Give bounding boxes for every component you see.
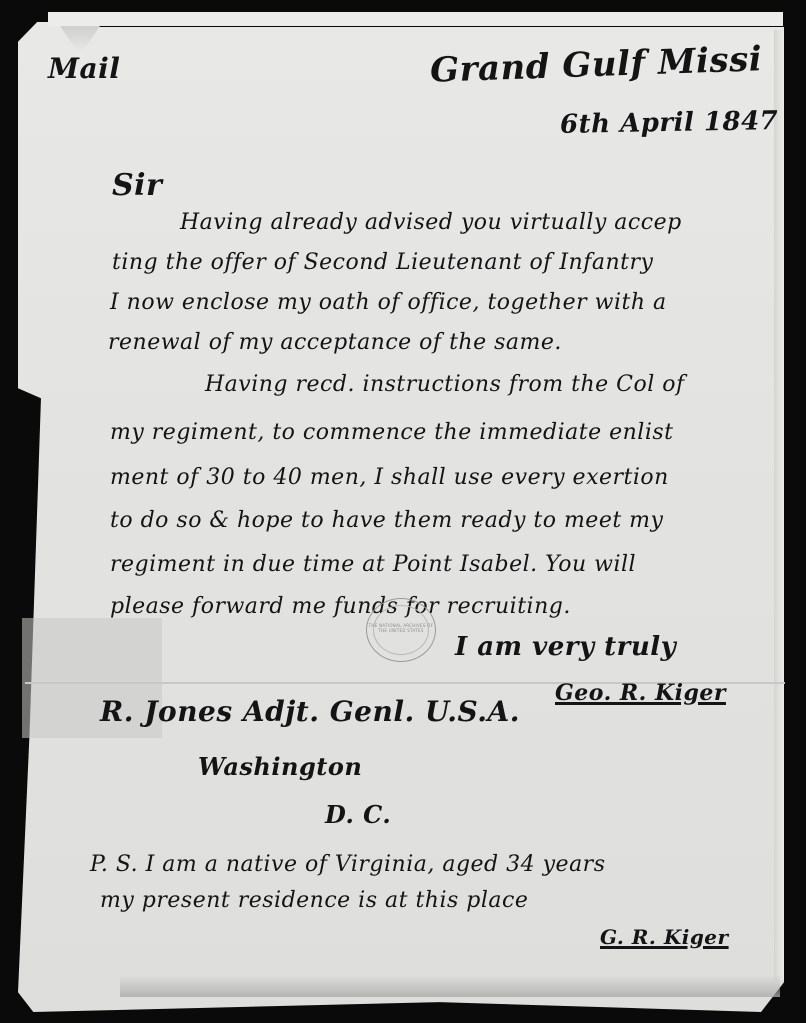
paragraph-2-line-1: Having recd. instructions from the Col o…	[205, 372, 685, 397]
paragraph-2-line-4: to do so & hope to have them ready to me…	[110, 508, 663, 533]
paragraph-2-line-5: regiment in due time at Point Isabel. Yo…	[110, 552, 636, 577]
postscript-line-1: P. S. I am a native of Virginia, aged 34…	[90, 852, 606, 877]
paragraph-1-line-3: I now enclose my oath of office, togethe…	[110, 290, 667, 315]
paragraph-1-line-1: Having already advised you virtually acc…	[180, 210, 682, 235]
salutation: Sir	[112, 168, 162, 203]
paragraph-2-line-6: please forward me funds for recruiting.	[110, 594, 571, 619]
paper-bottom-curl	[120, 975, 780, 997]
closing: I am very truly	[455, 632, 676, 662]
addressee-district: D. C.	[325, 800, 391, 829]
addressee-city: Washington	[198, 752, 362, 781]
paper-top-edge	[48, 12, 783, 26]
signature: Geo. R. Kiger	[555, 680, 726, 706]
date-heading: 6th April 1847	[560, 106, 779, 140]
mail-notation: Mail	[48, 52, 120, 85]
paper-right-edge	[774, 30, 784, 980]
national-archives-stamp: THE NATIONAL ARCHIVES OF THE UNITED STAT…	[366, 598, 436, 662]
addressee-name: R. Jones Adjt. Genl. U.S.A.	[100, 695, 520, 728]
paragraph-2-line-2: my regiment, to commence the immediate e…	[110, 420, 674, 445]
paragraph-2-line-3: ment of 30 to 40 men, I shall use every …	[110, 465, 669, 490]
paragraph-1-line-4: renewal of my acceptance of the same.	[108, 330, 562, 355]
postscript-signature: G. R. Kiger	[600, 925, 729, 949]
paragraph-1-line-2: ting the offer of Second Lieutenant of I…	[112, 250, 653, 275]
postscript-line-2: my present residence is at this place	[100, 888, 528, 913]
stamp-text: THE NATIONAL ARCHIVES OF THE UNITED STAT…	[367, 623, 435, 633]
